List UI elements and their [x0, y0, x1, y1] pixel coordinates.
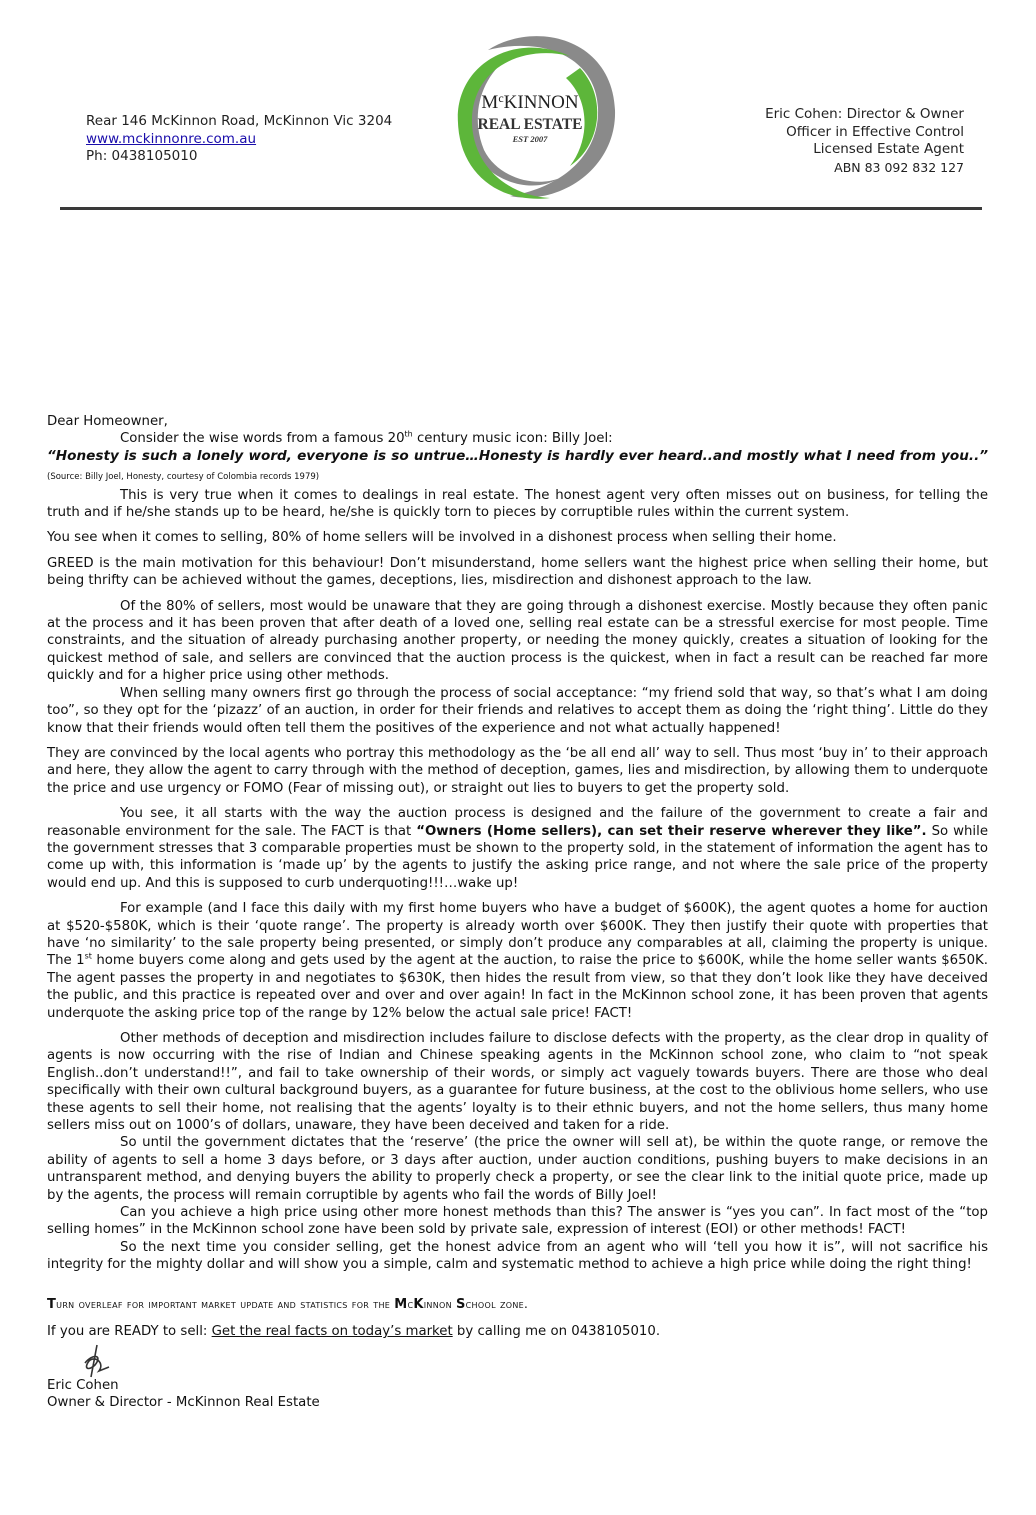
paragraph-80-percent: You see when it comes to selling, 80% of…	[47, 529, 988, 546]
paragraph-example: For example (and I face this daily with …	[47, 900, 988, 1022]
svg-text:EST 2007: EST 2007	[512, 134, 548, 144]
paragraph-government: So until the government dictates that th…	[47, 1134, 988, 1204]
paragraph-unaware-sellers: Of the 80% of sellers, most would be una…	[47, 598, 988, 685]
market-facts-link[interactable]: Get the real facts on today’s market	[212, 1324, 453, 1339]
agent-role-licensed: Licensed Estate Agent	[765, 141, 964, 159]
svg-text:REAL ESTATE: REAL ESTATE	[478, 116, 583, 133]
signature-scribble-icon	[75, 1343, 115, 1381]
paragraph-honest-agent: This is very true when it comes to deali…	[47, 487, 988, 522]
intro-line: Consider the wise words from a famous 20…	[47, 430, 988, 447]
svg-text:McKINNON: McKINNON	[481, 91, 578, 113]
billy-joel-quote: “Honesty is such a lonely word, everyone…	[47, 448, 988, 487]
agent-name-title: Eric Cohen: Director & Owner	[765, 106, 964, 124]
signature-block: Eric Cohen Owner & Director - McKinnon R…	[47, 1377, 988, 1412]
company-address: Rear 146 McKinnon Road, McKinnon Vic 320…	[86, 113, 392, 131]
salutation: Dear Homeowner,	[47, 413, 988, 430]
quote-source: (Source: Billy Joel, Honesty, courtesy o…	[47, 472, 319, 482]
reserve-fact: “Owners (Home sellers), can set their re…	[416, 824, 926, 839]
agent-details: Eric Cohen: Director & Owner Officer in …	[765, 106, 964, 176]
paragraph-next-time: So the next time you consider selling, g…	[47, 1239, 988, 1274]
signer-name: Eric Cohen	[47, 1377, 988, 1394]
paragraph-local-agents: They are convinced by the local agents w…	[47, 745, 988, 797]
abn-number: ABN 83 092 832 127	[765, 159, 964, 177]
paragraph-greed: GREED is the main motivation for this be…	[47, 555, 988, 590]
letter-body: Dear Homeowner, Consider the wise words …	[47, 413, 988, 1411]
header-divider	[60, 207, 982, 210]
logo-rings-icon: McKINNON REAL ESTATE EST 2007	[440, 28, 620, 206]
agent-role-officer: Officer in Effective Control	[765, 124, 964, 142]
company-logo: McKINNON REAL ESTATE EST 2007	[440, 28, 620, 206]
paragraph-social-acceptance: When selling many owners first go throug…	[47, 685, 988, 737]
paragraph-honest-methods: Can you achieve a high price using other…	[47, 1204, 988, 1239]
company-phone: Ph: 0438105010	[86, 148, 392, 166]
paragraph-other-methods: Other methods of deception and misdirect…	[47, 1030, 988, 1134]
signature	[47, 1347, 988, 1377]
paragraph-auction-process: You see, it all starts with the way the …	[47, 805, 988, 892]
overleaf-notice: Turn overleaf for important market updat…	[47, 1296, 988, 1313]
company-contact: Rear 146 McKinnon Road, McKinnon Vic 320…	[86, 113, 392, 166]
letterhead: Rear 146 McKinnon Road, McKinnon Vic 320…	[0, 0, 1036, 220]
call-to-action: If you are READY to sell: Get the real f…	[47, 1323, 988, 1340]
website-link[interactable]: www.mckinnonre.com.au	[86, 131, 256, 147]
signer-title: Owner & Director - McKinnon Real Estate	[47, 1394, 988, 1411]
